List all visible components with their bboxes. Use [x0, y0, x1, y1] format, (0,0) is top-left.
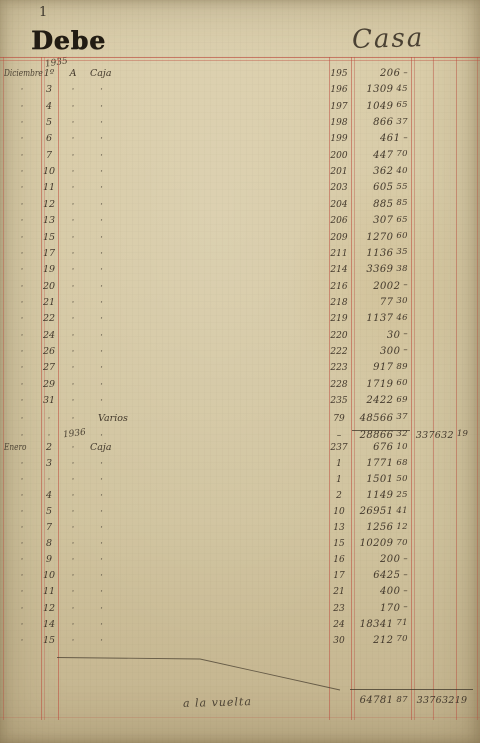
ditto-cell: · — [66, 262, 80, 278]
ditto-cell: · — [66, 115, 80, 131]
footer-label: a la vuelta — [183, 695, 252, 710]
ditto-cell: · — [66, 504, 80, 520]
date-cell: · — [4, 411, 40, 427]
date-cell: Enero — [4, 440, 34, 456]
day-cell: 2 — [40, 440, 58, 456]
day-cell: 15 — [40, 230, 58, 246]
december-sum-line — [352, 430, 410, 431]
ledger-row: ·3··196130945 — [0, 82, 480, 98]
date-cell: · — [4, 197, 40, 213]
varios-row: ···Varios794856637 — [0, 411, 480, 427]
ledger-row: ·11··20360555 — [0, 180, 480, 196]
day-cell: 12 — [40, 601, 58, 617]
ditto-cell: · — [66, 488, 80, 504]
date-cell: · — [4, 328, 40, 344]
desc-cell: · — [86, 601, 170, 617]
ledger-row: ·15··3021270 — [0, 633, 480, 649]
amount-cell: 336938 — [300, 262, 408, 278]
day-cell: 7 — [40, 148, 58, 164]
day-cell: 20 — [40, 279, 58, 295]
desc-cell: · — [86, 246, 170, 262]
day-cell: 12 — [40, 197, 58, 213]
ledger-row: Diciembre1ºACaja195206– — [0, 66, 480, 82]
date-cell: · — [4, 131, 40, 147]
amount-cell: 1834171 — [300, 617, 408, 633]
amount-cell: 170– — [300, 601, 408, 617]
date-cell: · — [4, 504, 40, 520]
date-cell: · — [4, 213, 40, 229]
amount-cell: 127060 — [300, 230, 408, 246]
date-cell: · — [4, 311, 40, 327]
date-cell: · — [4, 180, 40, 196]
amount-cell: 86637 — [300, 115, 408, 131]
desc-cell: · — [86, 82, 170, 98]
ledger-page: 1 Debe Casa 1935 1936 Diciembre1ºACaja19… — [0, 0, 480, 743]
ditto-cell: · — [66, 213, 80, 229]
date-cell: · — [4, 344, 40, 360]
desc-cell: Caja — [86, 66, 160, 82]
amount-cell: 91789 — [300, 360, 408, 376]
date-cell: · — [4, 230, 40, 246]
date-cell: · — [4, 520, 40, 536]
ditto-cell: · — [66, 295, 80, 311]
ditto-cell: · — [66, 520, 80, 536]
day-cell: · — [40, 472, 58, 488]
ditto-cell: · — [66, 99, 80, 115]
amount-cell: 125612 — [300, 520, 408, 536]
ditto-cell: · — [66, 82, 80, 98]
desc-cell: · — [86, 584, 170, 600]
date-cell: · — [4, 99, 40, 115]
ledger-row: ·10··176425– — [0, 568, 480, 584]
ditto-cell: · — [66, 411, 80, 427]
ditto-cell: · — [66, 131, 80, 147]
desc-cell: · — [86, 520, 170, 536]
date-cell: · — [4, 456, 40, 472]
amount-cell: 242269 — [300, 393, 408, 409]
ledger-row: ·12··20488585 — [0, 197, 480, 213]
desc-cell: · — [86, 504, 170, 520]
desc-cell: · — [86, 377, 170, 393]
page-number: 1 — [39, 5, 47, 20]
ditto-cell: · — [66, 440, 80, 456]
ledger-row: ·19··214336938 — [0, 262, 480, 278]
ditto-cell: · — [66, 472, 80, 488]
amount-cell: 461– — [300, 131, 408, 147]
day-cell: 11 — [40, 584, 58, 600]
ditto-cell: · — [66, 246, 80, 262]
desc-cell: · — [86, 262, 170, 278]
ditto-cell: · — [66, 197, 80, 213]
ledger-row: ·17··211113635 — [0, 246, 480, 262]
amount-cell: 2002– — [300, 279, 408, 295]
date-cell: · — [4, 568, 40, 584]
amount-cell: 200– — [300, 552, 408, 568]
header-rule — [0, 57, 480, 58]
desc-cell: · — [86, 328, 170, 344]
amount-cell: 6425– — [300, 568, 408, 584]
date-cell: · — [4, 82, 40, 98]
desc-cell: · — [86, 230, 170, 246]
desc-cell: · — [86, 568, 170, 584]
day-cell: 15 — [40, 633, 58, 649]
desc-cell: · — [86, 148, 170, 164]
desc-cell: · — [86, 311, 170, 327]
desc-cell: · — [86, 344, 170, 360]
ledger-row: ·29··228171960 — [0, 377, 480, 393]
amount-cell: 60555 — [300, 180, 408, 196]
desc-cell: Caja — [86, 440, 160, 456]
day-cell: 19 — [40, 262, 58, 278]
amount-cell: 67610 — [300, 440, 408, 456]
ledger-row: Enero2·Caja23767610 — [0, 440, 480, 456]
amount-cell: 171960 — [300, 377, 408, 393]
ledger-row: ·12··23170– — [0, 601, 480, 617]
desc-cell: · — [86, 488, 170, 504]
desc-cell: · — [86, 617, 170, 633]
date-cell: · — [4, 536, 40, 552]
ledger-row: ·31··235242269 — [0, 393, 480, 409]
date-cell: · — [4, 164, 40, 180]
day-cell: 26 — [40, 344, 58, 360]
ledger-row: ·5··19886637 — [0, 115, 480, 131]
ditto-cell: · — [66, 633, 80, 649]
desc-cell: Varios — [86, 411, 168, 427]
date-cell: Diciembre — [4, 66, 34, 82]
ditto-cell: · — [66, 360, 80, 376]
ledger-row: ·7··13125612 — [0, 520, 480, 536]
bottom-rule — [0, 717, 480, 718]
ditto-cell: · — [66, 230, 80, 246]
day-cell: 13 — [40, 213, 58, 229]
desc-cell: · — [86, 295, 170, 311]
amount-cell: 177168 — [300, 456, 408, 472]
day-cell: 17 — [40, 246, 58, 262]
amount-cell: 36240 — [300, 164, 408, 180]
day-cell: 8 — [40, 536, 58, 552]
day-cell: 29 — [40, 377, 58, 393]
date-cell: · — [4, 148, 40, 164]
desc-cell: · — [86, 536, 170, 552]
day-cell: 3 — [40, 456, 58, 472]
ditto-cell: · — [66, 311, 80, 327]
ditto-cell: · — [66, 328, 80, 344]
date-cell: · — [4, 295, 40, 311]
ditto-cell: · — [66, 568, 80, 584]
ledger-row: ·4··197104965 — [0, 99, 480, 115]
amount-cell: 113746 — [300, 311, 408, 327]
day-cell: 6 — [40, 131, 58, 147]
ditto-cell: · — [66, 393, 80, 409]
day-cell: 5 — [40, 115, 58, 131]
desc-cell: · — [86, 197, 170, 213]
date-cell: · — [4, 262, 40, 278]
ledger-row: ·22··219113746 — [0, 311, 480, 327]
footer-sum-line — [350, 689, 473, 690]
amount-cell: 206– — [300, 66, 408, 82]
date-cell: · — [4, 246, 40, 262]
date-cell: · — [4, 552, 40, 568]
amount-cell: 1020970 — [300, 536, 408, 552]
day-cell: 31 — [40, 393, 58, 409]
date-cell: · — [4, 115, 40, 131]
ledger-row: ·11··21400– — [0, 584, 480, 600]
ditto-cell: · — [66, 344, 80, 360]
amount-cell: 400– — [300, 584, 408, 600]
amount-cell: 114925 — [300, 488, 408, 504]
date-cell: · — [4, 488, 40, 504]
desc-cell: · — [86, 115, 170, 131]
day-cell: 11 — [40, 180, 58, 196]
date-cell: · — [4, 377, 40, 393]
ditto-cell: · — [66, 148, 80, 164]
desc-cell: · — [86, 99, 170, 115]
day-cell: 24 — [40, 328, 58, 344]
ditto-cell: · — [66, 377, 80, 393]
heading-casa: Casa — [352, 23, 425, 55]
ledger-row: ·7··20044770 — [0, 148, 480, 164]
day-cell: 4 — [40, 488, 58, 504]
day-cell: · — [40, 411, 58, 427]
amount-cell: 113635 — [300, 246, 408, 262]
day-cell: 4 — [40, 99, 58, 115]
ditto-cell: · — [66, 536, 80, 552]
day-cell: 10 — [40, 164, 58, 180]
date-cell: · — [4, 633, 40, 649]
amount-cell: 4856637 — [300, 411, 408, 427]
amount-cell: 104965 — [300, 99, 408, 115]
amount-cell: 30765 — [300, 213, 408, 229]
day-cell: 9 — [40, 552, 58, 568]
desc-cell: · — [86, 393, 170, 409]
date-cell: · — [4, 360, 40, 376]
heading-debe: Debe — [31, 26, 106, 55]
desc-cell: · — [86, 633, 170, 649]
date-cell: · — [4, 393, 40, 409]
ditto-cell: A — [66, 66, 80, 82]
ledger-row: ·13··20630765 — [0, 213, 480, 229]
amount-cell: 44770 — [300, 148, 408, 164]
day-cell: 3 — [40, 82, 58, 98]
amount-cell: 130945 — [300, 82, 408, 98]
ledger-row: ·10··20136240 — [0, 164, 480, 180]
ledger-row: ·26··222300– — [0, 344, 480, 360]
amount-cell: 21270 — [300, 633, 408, 649]
ledger-row: ·24··22030– — [0, 328, 480, 344]
day-cell: 1º — [40, 66, 58, 82]
ditto-cell: · — [66, 279, 80, 295]
date-cell: · — [4, 601, 40, 617]
day-cell: 5 — [40, 504, 58, 520]
day-cell: 7 — [40, 520, 58, 536]
ledger-row: ·21··2187730 — [0, 295, 480, 311]
date-cell: · — [4, 617, 40, 633]
desc-cell: · — [86, 552, 170, 568]
ditto-cell: · — [66, 164, 80, 180]
ditto-cell: · — [66, 552, 80, 568]
desc-cell: · — [86, 279, 170, 295]
ditto-cell: · — [66, 180, 80, 196]
desc-cell: · — [86, 131, 170, 147]
amount-cell: 300– — [300, 344, 408, 360]
desc-cell: · — [86, 472, 170, 488]
desc-cell: · — [86, 456, 170, 472]
ledger-row: ·27··22391789 — [0, 360, 480, 376]
day-cell: 21 — [40, 295, 58, 311]
desc-cell: · — [86, 213, 170, 229]
header-rule-2 — [0, 60, 480, 61]
ledger-row: ····1150150 — [0, 472, 480, 488]
ledger-row: ·6··199461– — [0, 131, 480, 147]
day-cell: 22 — [40, 311, 58, 327]
desc-cell: · — [86, 164, 170, 180]
desc-cell: · — [86, 180, 170, 196]
amount-cell: 150150 — [300, 472, 408, 488]
desc-cell: · — [86, 360, 170, 376]
day-cell: 10 — [40, 568, 58, 584]
date-cell: · — [4, 279, 40, 295]
footer-balance-total: 33763219 — [410, 695, 474, 706]
ledger-row: ·4··2114925 — [0, 488, 480, 504]
ditto-cell: · — [66, 617, 80, 633]
day-cell: 27 — [40, 360, 58, 376]
amount-cell: 7730 — [300, 295, 408, 311]
amount-cell: 2695141 — [300, 504, 408, 520]
day-cell: 14 — [40, 617, 58, 633]
ledger-row: ·5··102695141 — [0, 504, 480, 520]
amount-cell: 30– — [300, 328, 408, 344]
ditto-cell: · — [66, 601, 80, 617]
ledger-row: ·8··151020970 — [0, 536, 480, 552]
date-cell: · — [4, 472, 40, 488]
ledger-row: ·15··209127060 — [0, 230, 480, 246]
amount-cell: 88585 — [300, 197, 408, 213]
ledger-row: ·14··241834171 — [0, 617, 480, 633]
ditto-cell: · — [66, 456, 80, 472]
footer-amount-total: 6478187 — [300, 695, 408, 706]
date-cell: · — [4, 584, 40, 600]
ledger-row: ·3··1177168 — [0, 456, 480, 472]
ledger-row: ·20··2162002– — [0, 279, 480, 295]
ditto-cell: · — [66, 584, 80, 600]
ledger-row: ·9··16200– — [0, 552, 480, 568]
